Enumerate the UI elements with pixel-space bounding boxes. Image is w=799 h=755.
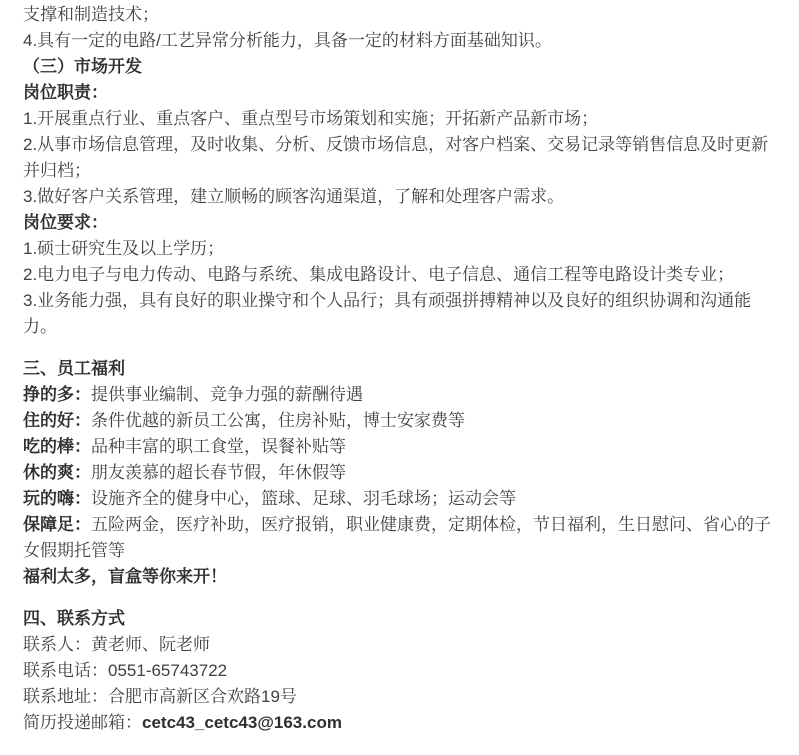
requirement-item-prev-4: 4.具有一定的电路/工艺异常分析能力，具备一定的材料方面基础知识。 bbox=[23, 28, 775, 54]
duty-item-2: 2.从事市场信息管理，及时收集、分析、反馈市场信息，对客户档案、交易记录等销售信… bbox=[23, 132, 775, 184]
contact-email-label: 简历投递邮箱： bbox=[23, 713, 142, 732]
benefit-desc: 设施齐全的健身中心，篮球、足球、羽毛球场；运动会等 bbox=[91, 489, 516, 508]
contact-phone-line: 联系电话：0551-65743722 bbox=[23, 658, 775, 684]
requirements-heading: 岗位要求： bbox=[23, 210, 775, 236]
benefit-item-vacation: 休的爽：朋友羡慕的超长春节假，年休假等 bbox=[23, 460, 775, 486]
benefits-closing-line: 福利太多，盲盒等你来开！ bbox=[23, 564, 775, 590]
contact-address-value: 合肥市高新区合欢路19号 bbox=[108, 687, 297, 706]
section-gap bbox=[23, 590, 775, 606]
benefit-item-insurance: 保障足：五险两金，医疗补助，医疗报销，职业健康费，定期体检，节日福利，生日慰问、… bbox=[23, 512, 775, 564]
benefit-item-salary: 挣的多：提供事业编制、竞争力强的薪酬待遇 bbox=[23, 382, 775, 408]
contact-person-value: 黄老师、阮老师 bbox=[91, 635, 210, 654]
benefit-desc: 条件优越的新员工公寓，住房补贴，博士安家费等 bbox=[91, 411, 465, 430]
benefits-heading: 三、员工福利 bbox=[23, 356, 775, 382]
benefit-item-food: 吃的棒：品种丰富的职工食堂，误餐补贴等 bbox=[23, 434, 775, 460]
benefit-label: 玩的嗨： bbox=[23, 489, 91, 508]
benefit-desc: 品种丰富的职工食堂，误餐补贴等 bbox=[91, 437, 346, 456]
contact-person-label: 联系人： bbox=[23, 635, 91, 654]
requirement-item-2: 2.电力电子与电力传动、电路与系统、集成电路设计、电子信息、通信工程等电路设计类… bbox=[23, 262, 775, 288]
benefit-label: 挣的多： bbox=[23, 385, 91, 404]
contact-phone-label: 联系电话： bbox=[23, 661, 108, 680]
contact-email-line: 简历投递邮箱：cetc43_cetc43@163.com bbox=[23, 710, 775, 736]
contact-address-line: 联系地址：合肥市高新区合欢路19号 bbox=[23, 684, 775, 710]
requirement-item-1: 1.硕士研究生及以上学历； bbox=[23, 236, 775, 262]
section-gap bbox=[23, 340, 775, 356]
job-posting-document: 支撑和制造技术； 4.具有一定的电路/工艺异常分析能力，具备一定的材料方面基础知… bbox=[0, 0, 798, 746]
duty-item-3: 3.做好客户关系管理，建立顺畅的顾客沟通渠道，了解和处理客户需求。 bbox=[23, 184, 775, 210]
benefit-item-housing: 住的好：条件优越的新员工公寓，住房补贴，博士安家费等 bbox=[23, 408, 775, 434]
benefit-desc: 朋友羡慕的超长春节假，年休假等 bbox=[91, 463, 346, 482]
benefit-desc: 提供事业编制、竞争力强的薪酬待遇 bbox=[91, 385, 363, 404]
contact-address-label: 联系地址： bbox=[23, 687, 108, 706]
contact-email-value: cetc43_cetc43@163.com bbox=[142, 713, 342, 732]
benefit-item-recreation: 玩的嗨：设施齐全的健身中心，篮球、足球、羽毛球场；运动会等 bbox=[23, 486, 775, 512]
duty-item-1: 1.开展重点行业、重点客户、重点型号市场策划和实施；开拓新产品新市场； bbox=[23, 106, 775, 132]
benefit-label: 休的爽： bbox=[23, 463, 91, 482]
benefit-desc: 五险两金，医疗补助，医疗报销，职业健康费，定期体检，节日福利，生日慰问、省心的子… bbox=[23, 515, 771, 560]
benefit-label: 住的好： bbox=[23, 411, 91, 430]
wrapped-tail-line: 支撑和制造技术； bbox=[23, 2, 775, 28]
benefit-label: 吃的棒： bbox=[23, 437, 91, 456]
contact-heading: 四、联系方式 bbox=[23, 606, 775, 632]
requirement-item-3: 3.业务能力强，具有良好的职业操守和个人品行；具有顽强拼搏精神以及良好的组织协调… bbox=[23, 288, 775, 340]
duties-heading: 岗位职责： bbox=[23, 80, 775, 106]
contact-person-line: 联系人：黄老师、阮老师 bbox=[23, 632, 775, 658]
contact-phone-value: 0551-65743722 bbox=[108, 661, 227, 680]
benefit-label: 保障足： bbox=[23, 515, 91, 534]
section-title-market-development: （三）市场开发 bbox=[23, 54, 775, 80]
